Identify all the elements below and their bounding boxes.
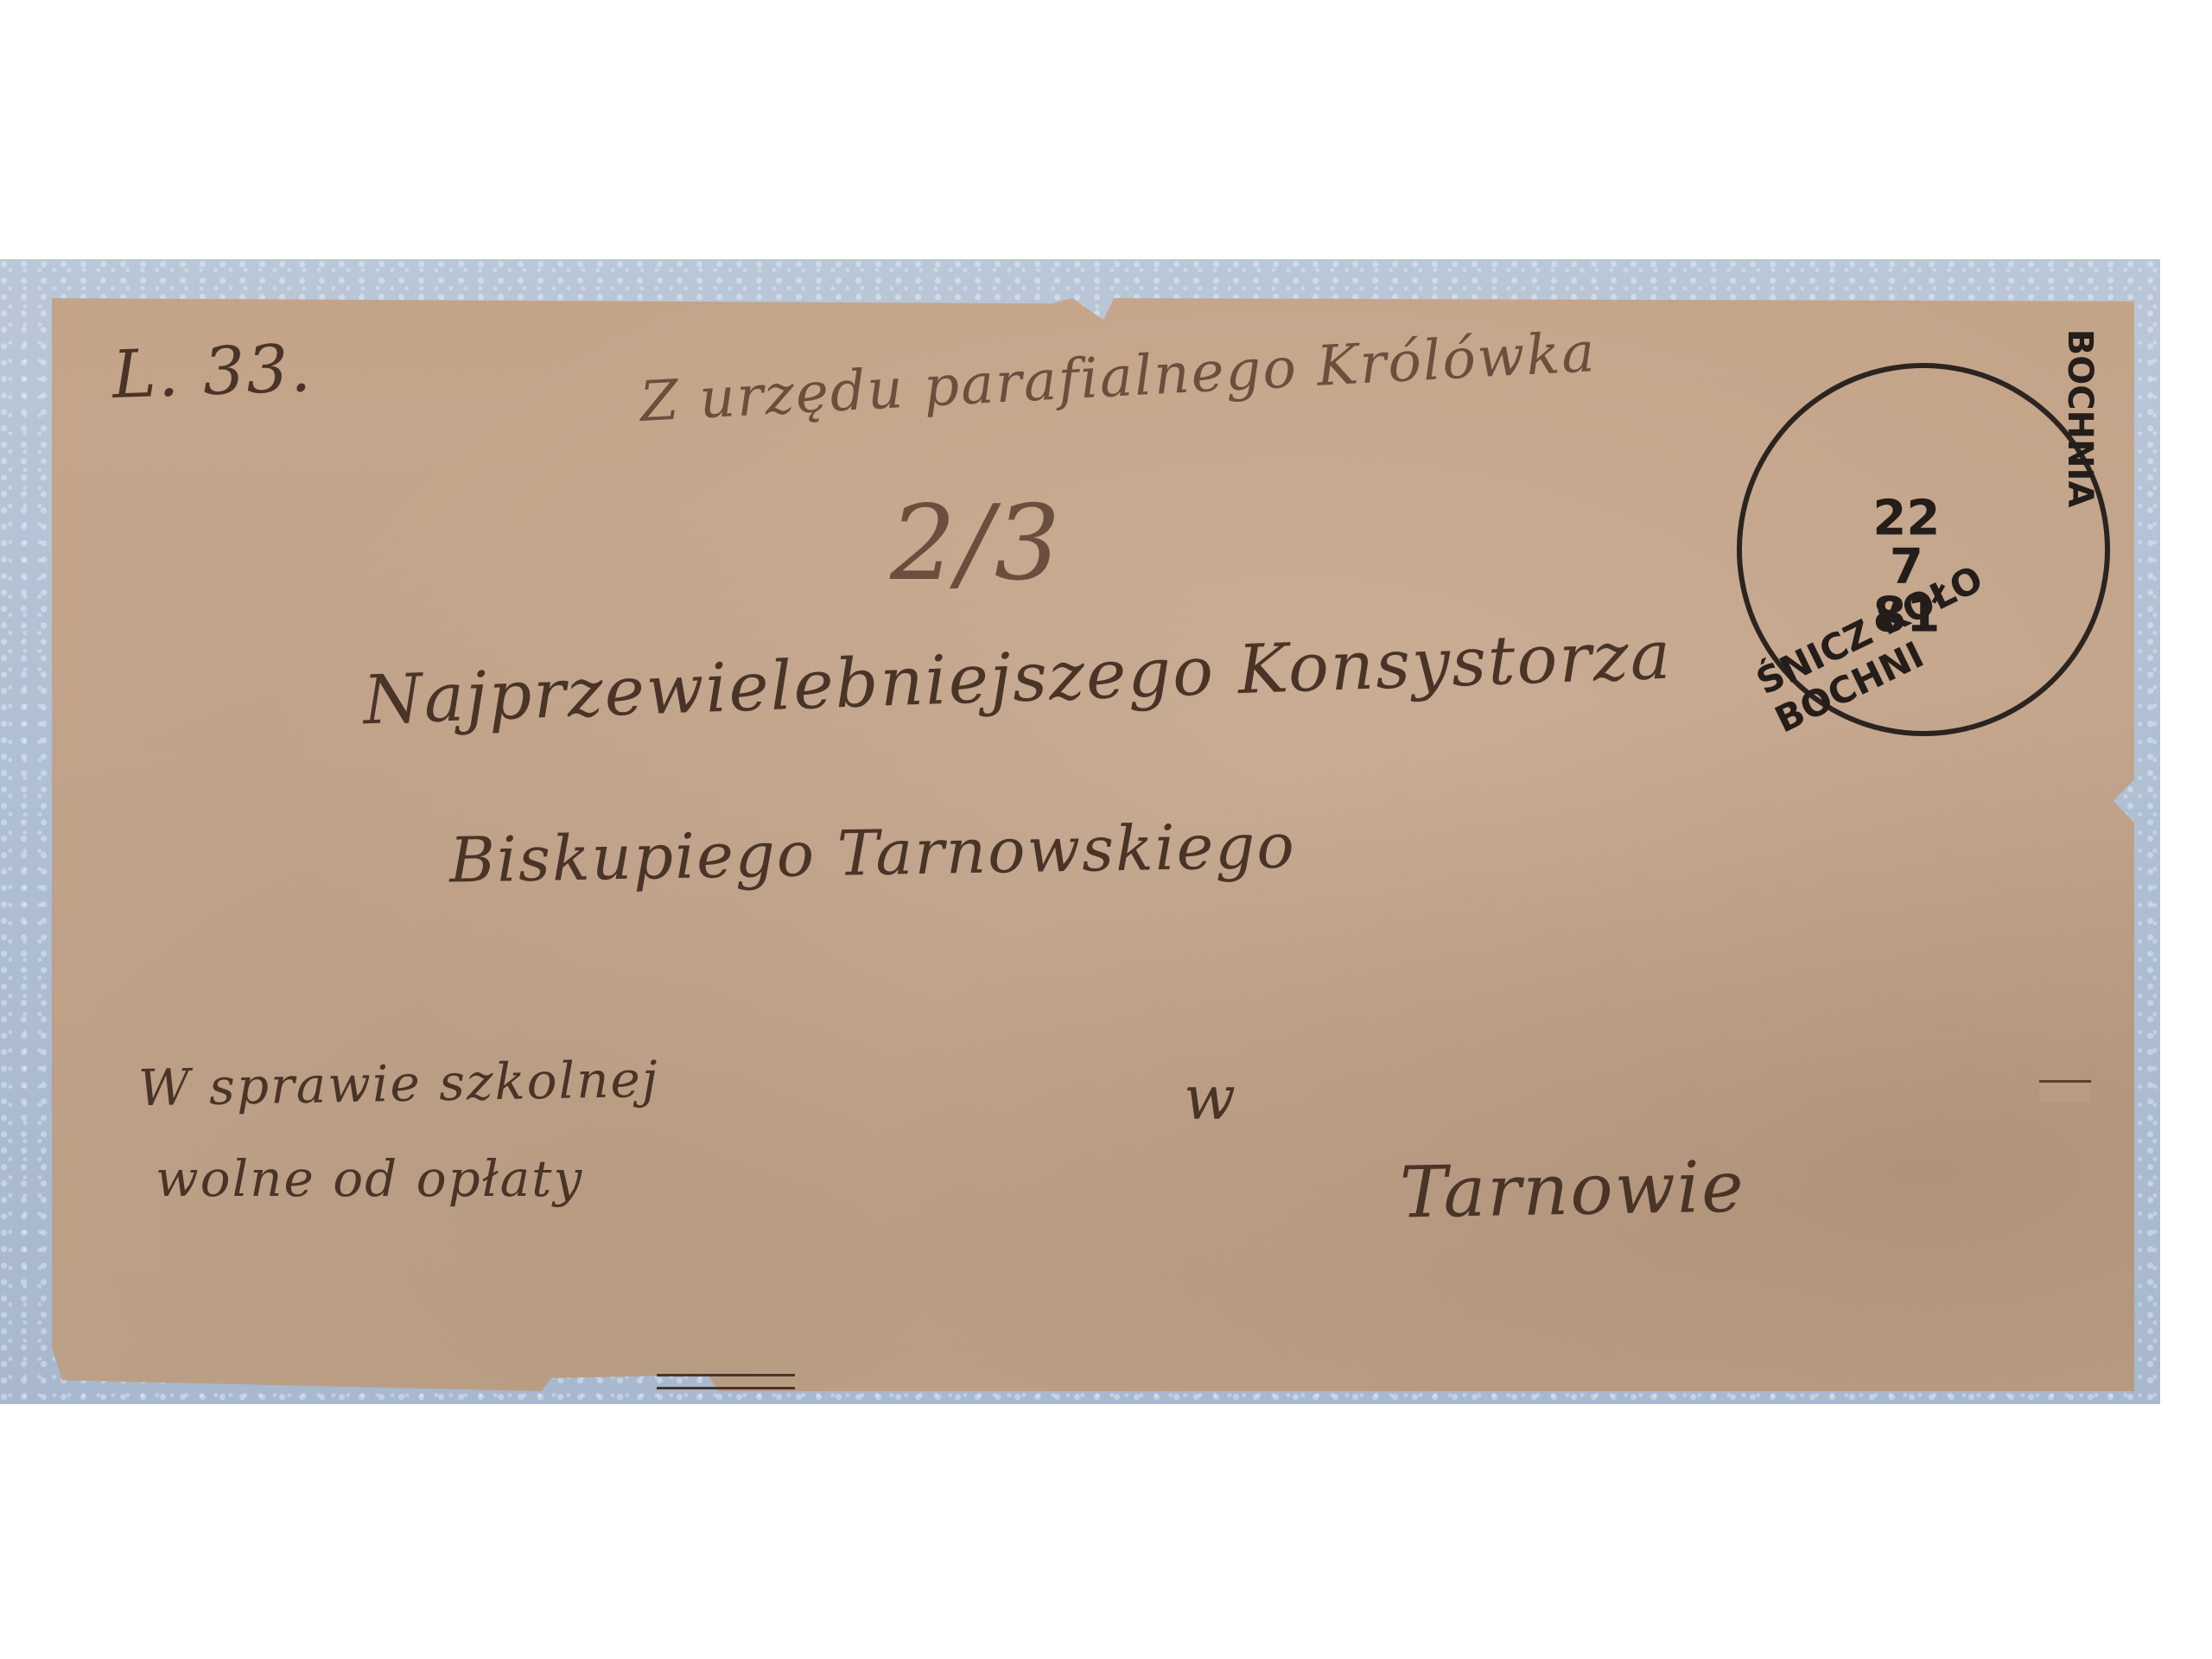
destination-preposition: w (1184, 1063, 1237, 1134)
postmark-day: 22 (1867, 494, 1945, 543)
recipient-line-2: Biskupiego Tarnowskiego (448, 809, 1296, 896)
postage-mark: 2/3 (890, 484, 1062, 604)
postmark-top-text: BOCHNIA (2061, 329, 2101, 508)
note-line-1: W sprawie szkolnej (137, 1050, 659, 1118)
torn-edge-right (2039, 1080, 2091, 1102)
reference-number: L. 33. (111, 329, 315, 413)
note-line-2: wolne od opłaty (156, 1149, 583, 1208)
destination-city: Tarnowie (1399, 1147, 1745, 1235)
torn-edge-bottom (657, 1374, 795, 1389)
